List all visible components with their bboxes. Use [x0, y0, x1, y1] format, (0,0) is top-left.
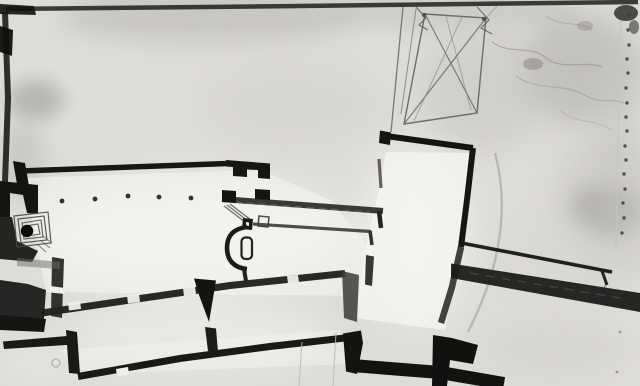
- margin-prick-dot-11: [624, 158, 627, 161]
- margin-prick-dot-6: [624, 86, 627, 89]
- margin-prick-dot-4: [625, 57, 628, 60]
- buttress-wedge: [194, 279, 216, 323]
- plan-photograph: [0, 0, 640, 386]
- nave-column-dot-2: [93, 197, 98, 202]
- photo-left-edge-blob: [0, 26, 13, 56]
- pier-column-shaft: [21, 225, 33, 237]
- pencil-brace-diagonal-3: [446, 16, 471, 110]
- nave-column-dot-1: [60, 199, 65, 204]
- east-thin-wall: [464, 244, 612, 273]
- southwest-wall-connector: [66, 330, 80, 374]
- pencil-compass-arc: [468, 153, 502, 332]
- nave-column-dot-3: [126, 194, 131, 199]
- margin-prick-dot-1: [627, 13, 630, 16]
- pencil-brace-diagonal-2: [404, 18, 486, 124]
- pencil-scribble-tail: [486, 6, 497, 18]
- margin-prick-dot-3: [627, 43, 630, 46]
- nave-column-dot-5: [189, 196, 194, 201]
- crossing-pier-tab-2: [255, 189, 270, 200]
- nave-column-dot-4: [157, 195, 162, 200]
- east-thin-wall-hook: [602, 271, 607, 285]
- crossing-pier-tab-1: [222, 190, 236, 203]
- margin-prick-dot-14: [621, 201, 624, 204]
- apse-altar-slot: [242, 238, 253, 260]
- transept-door-gap-1: [68, 301, 81, 311]
- faint-circle-mark: [52, 359, 60, 367]
- margin-prick-dot-5: [626, 71, 629, 74]
- nave-north-wall: [20, 164, 228, 172]
- paper-blotch-2: [577, 21, 593, 31]
- apse-foot: [244, 269, 246, 281]
- margin-prick-dot-8: [624, 115, 627, 118]
- corner-smudge-top-right: [614, 5, 638, 21]
- corner-pier-frame: [0, 181, 38, 217]
- transept-door-gap-3: [183, 287, 196, 297]
- margin-prick-dot-2: [626, 28, 629, 31]
- margin-prick-dot-17: [619, 331, 622, 334]
- corner-smudge-top-right-2: [629, 20, 639, 34]
- margin-prick-dot-9: [625, 129, 628, 132]
- paper-blotch-1: [523, 58, 543, 70]
- margin-prick-dot-18: [616, 371, 619, 374]
- margin-prick-dot-16: [620, 231, 623, 234]
- margin-prick-dot-15: [622, 216, 625, 219]
- paper-crease-1: [492, 42, 602, 67]
- margin-prick-dot-12: [622, 172, 625, 175]
- plan-drawing: [0, 0, 640, 386]
- paper-sheet-seam: [616, 6, 621, 250]
- transept-door-gap-4: [287, 275, 299, 284]
- hall-west-wash-wall: [342, 271, 359, 322]
- nave-north-wall-end-blob: [13, 161, 29, 186]
- hall-south-wall-band: [352, 366, 504, 384]
- margin-prick-dot-7: [625, 101, 628, 104]
- transept-door-gap-2: [127, 294, 140, 304]
- margin-prick-dot-13: [623, 187, 626, 190]
- hall-north-wall: [386, 136, 473, 148]
- southwest-short-wall: [3, 336, 74, 350]
- hall-west-jamb: [379, 159, 381, 188]
- paper-crease-2: [516, 76, 624, 103]
- pencil-knot-right: [482, 17, 486, 21]
- pencil-knot-left: [422, 13, 426, 17]
- paper-crease-4: [560, 110, 612, 130]
- pencil-scribble-left: [416, 7, 428, 30]
- corridor-north-wall-hook: [379, 211, 381, 228]
- corridor-south-wall-hook: [370, 231, 372, 245]
- margin-prick-dot-10: [623, 144, 626, 147]
- photo-top-edge: [6, 2, 638, 9]
